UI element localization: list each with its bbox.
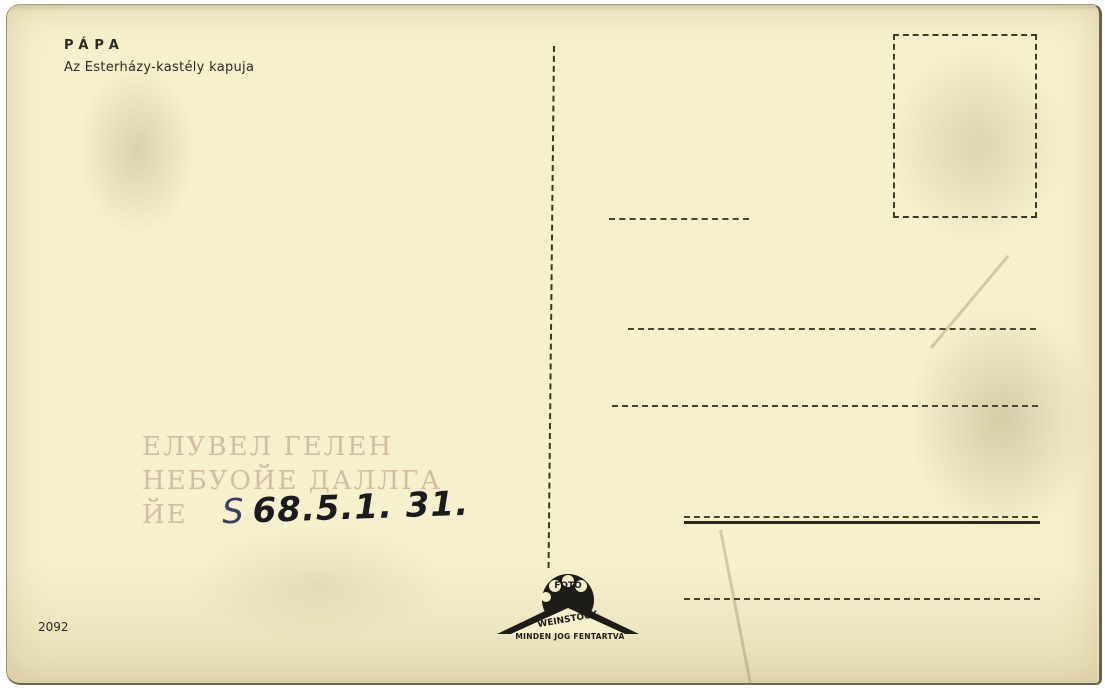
- logo-foto-text: FOTO: [554, 581, 582, 591]
- age-stain: [187, 525, 447, 645]
- address-line-3: [612, 405, 1038, 407]
- address-line-5: [684, 598, 1040, 600]
- postage-stamp-box: [893, 34, 1037, 218]
- address-line-2: [628, 328, 1036, 330]
- postcard-caption: Az Esterházy-kastély kapuja: [64, 60, 254, 75]
- postcard-title: PÁPA: [64, 38, 125, 53]
- rights-reserved-text: MINDEN JOG FENTARTVA: [495, 632, 645, 641]
- top-fold-edge: [7, 5, 1099, 11]
- age-stain: [77, 65, 197, 235]
- address-line-4: [684, 516, 1038, 518]
- catalog-number: 2092: [38, 620, 69, 634]
- paper-crease: [719, 529, 752, 685]
- address-line-1: [609, 218, 749, 220]
- stamp-line: ЕЛУВЕЛ ГЕЛЕН: [142, 430, 442, 464]
- handwritten-number: 68.5.1. 31.: [252, 484, 470, 532]
- paper-crease: [930, 255, 1009, 349]
- address-line-4-underline: [684, 521, 1040, 524]
- handwritten-prefix: S: [221, 492, 245, 533]
